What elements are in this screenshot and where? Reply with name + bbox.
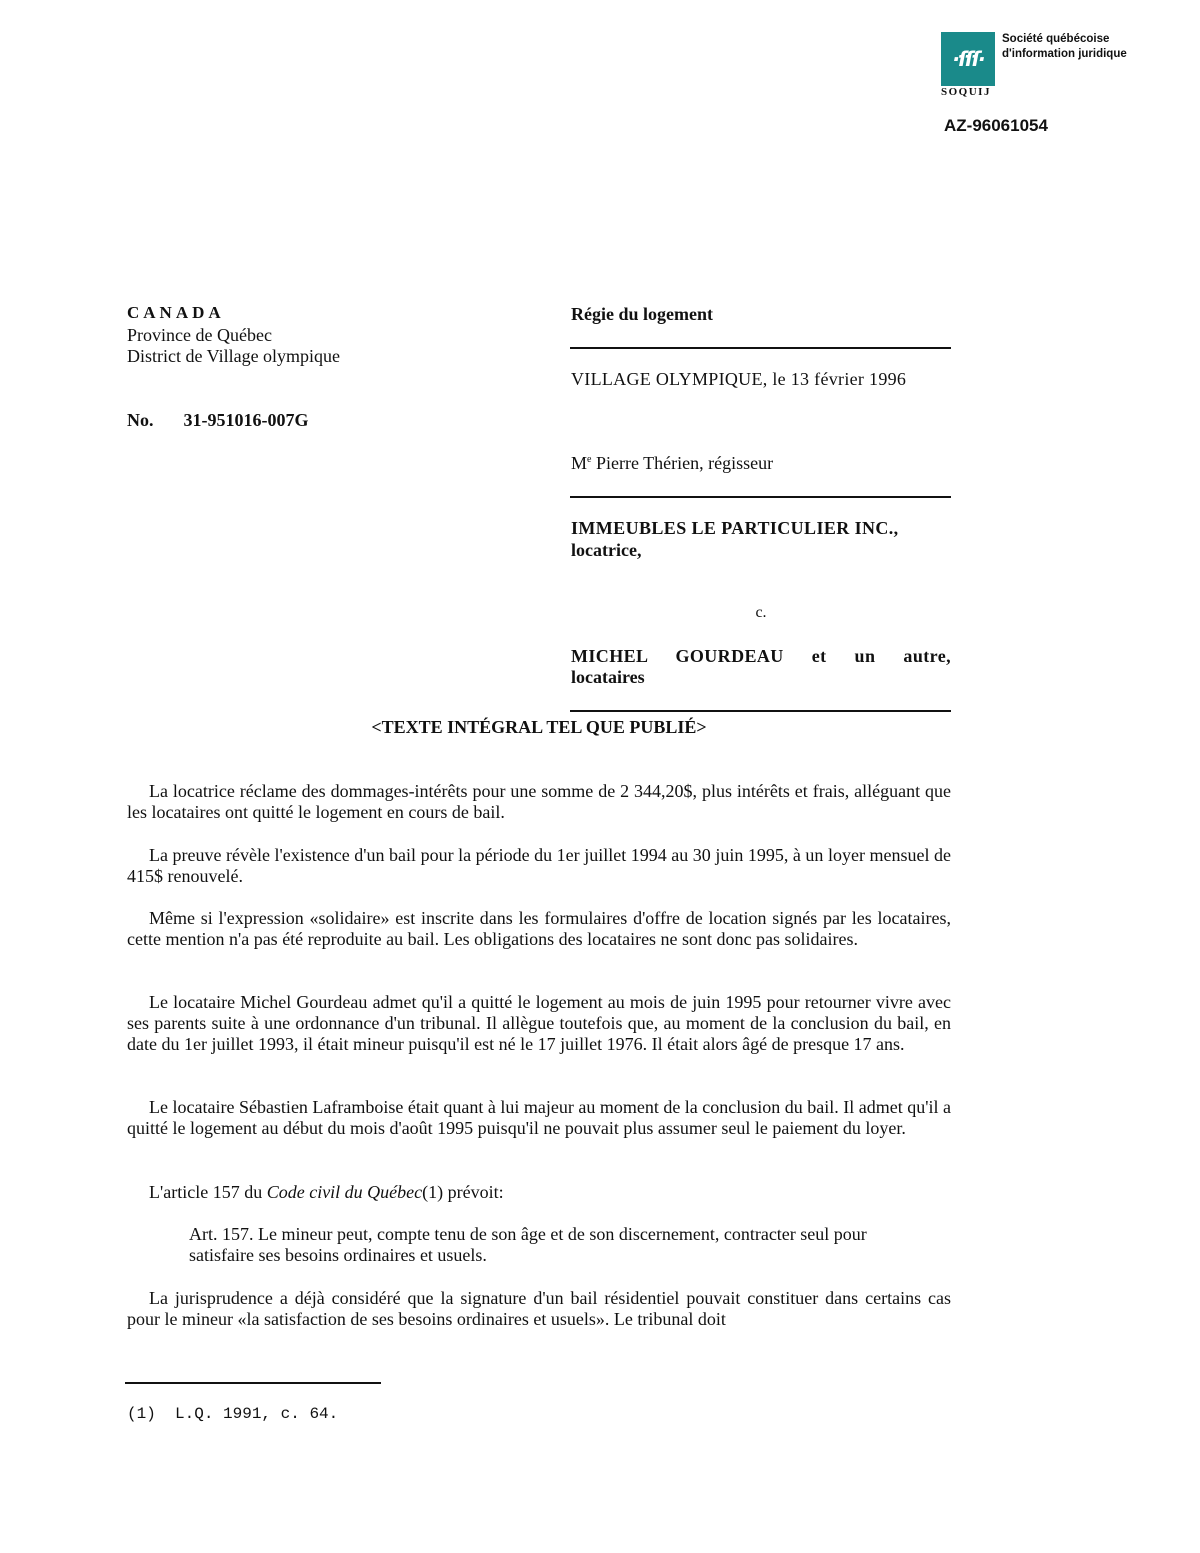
paragraph: La preuve révèle l'existence d'un bail p… <box>127 845 951 887</box>
paragraph: La locatrice réclame des dommages-intérê… <box>127 781 951 823</box>
plaintiff-name: IMMEUBLES LE PARTICULIER INC., <box>571 518 951 539</box>
logo-wordmark: SOQUIJ <box>941 86 991 98</box>
soquij-logo-icon: ·ſſſ· <box>952 49 983 69</box>
organization-name-line1: Société québécoise <box>1002 32 1127 47</box>
country-heading: CANADA <box>127 303 225 323</box>
footnote-reference: (1) prévoit: <box>422 1182 503 1202</box>
paragraph-text: L'article 157 du Code civil du Québec(1)… <box>127 1182 951 1203</box>
paragraph: L'article 157 du Code civil du Québec(1)… <box>127 1182 951 1203</box>
divider <box>570 710 951 712</box>
tribunal-name: Régie du logement <box>571 304 951 325</box>
paragraph-text: La jurisprudence a déjà considéré que la… <box>127 1288 951 1330</box>
organization-name-line2: d'information juridique <box>1002 47 1127 62</box>
defendant-name: MICHEL GOURDEAU et un autre, <box>571 646 951 667</box>
paragraph-text: La locatrice réclame des dommages-intérê… <box>127 781 951 823</box>
full-text-title: <TEXTE INTÉGRAL TEL QUE PUBLIÉ> <box>127 717 951 738</box>
text-run: L'article 157 du <box>149 1182 267 1202</box>
paragraph-text: La preuve révèle l'existence d'un bail p… <box>127 845 951 887</box>
paragraph: Même si l'expression «solidaire» est ins… <box>127 908 951 950</box>
paragraph-text: Même si l'expression «solidaire» est ins… <box>127 908 951 950</box>
paragraph-text: Le locataire Sébastien Laframboise était… <box>127 1097 951 1139</box>
defendant-role: locataires <box>571 667 951 688</box>
footnote-divider <box>125 1382 381 1384</box>
statute-title: Code civil du Québec <box>267 1182 422 1202</box>
case-number: No.31-951016-007G <box>127 410 309 431</box>
document-reference: AZ-96061054 <box>944 116 1048 136</box>
soquij-logo: ·ſſſ· <box>941 32 995 86</box>
place-and-date: VILLAGE OLYMPIQUE, le 13 février 1996 <box>571 369 951 390</box>
block-quote: Art. 157. Le mineur peut, compte tenu de… <box>189 1224 909 1266</box>
footnote-text: L.Q. 1991, c. 64. <box>175 1405 338 1423</box>
case-number-value: 31-951016-007G <box>184 410 309 430</box>
paragraph: Le locataire Sébastien Laframboise était… <box>127 1097 951 1139</box>
divider <box>570 347 951 349</box>
footnote-marker: (1) <box>127 1405 156 1423</box>
judge-title: M <box>571 453 587 473</box>
paragraph: La jurisprudence a déjà considéré que la… <box>127 1288 951 1330</box>
versus: c. <box>571 604 951 622</box>
paragraph: Le locataire Michel Gourdeau admet qu'il… <box>127 992 951 1055</box>
plaintiff-role: locatrice, <box>571 540 951 561</box>
district: District de Village olympique <box>127 346 340 367</box>
judge-name: Pierre Thérien, régisseur <box>591 453 773 473</box>
case-number-label: No. <box>127 410 154 430</box>
organization-name: Société québécoise d'information juridiq… <box>1002 32 1127 62</box>
judge: Me Pierre Thérien, régisseur <box>571 453 951 474</box>
footnote: (1) L.Q. 1991, c. 64. <box>127 1405 338 1423</box>
paragraph-text: Le locataire Michel Gourdeau admet qu'il… <box>127 992 951 1055</box>
province: Province de Québec <box>127 325 272 346</box>
quote-text: Art. 157. Le mineur peut, compte tenu de… <box>189 1224 909 1266</box>
divider <box>570 496 951 498</box>
